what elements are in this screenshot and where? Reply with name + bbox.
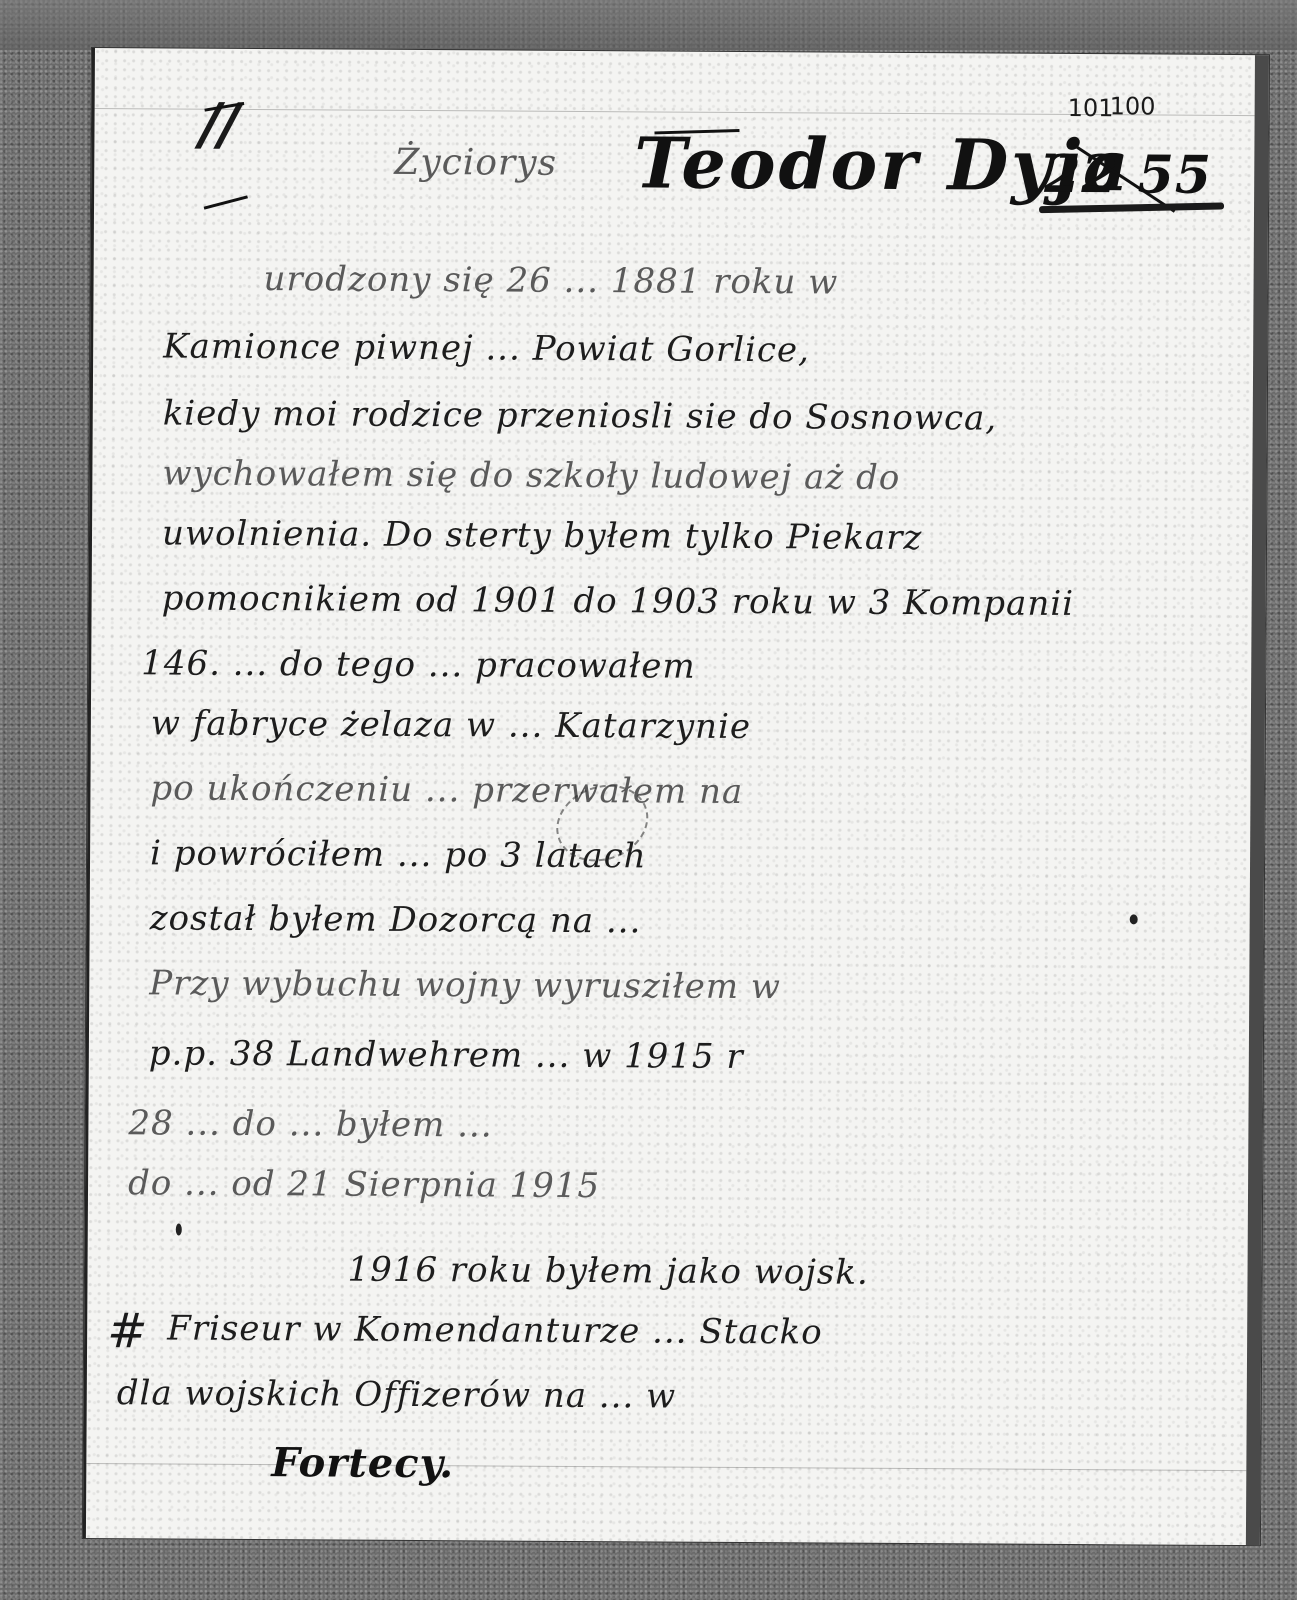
text-line-9: po ukończeniu ... przerwałem na — [150, 768, 743, 812]
text-line-4: wychowałem się do szkoły ludowej aż do — [162, 453, 900, 498]
text-line-6: pomocnikiem od 1901 do 1903 roku w 3 Kom… — [162, 578, 1075, 624]
text-line-15: do ... od 21 Sierpnia 1915 — [128, 1163, 600, 1206]
text-line-14: 28 ... do ... byłem ... — [128, 1103, 492, 1145]
text-line-1: urodzony się 26 ... 1881 roku w — [263, 259, 838, 303]
text-line-5: uwolnienia. Do sterty byłem tylko Piekar… — [162, 513, 923, 558]
margin-hash-mark: # — [107, 1303, 148, 1359]
text-line-8: w fabryce żelaza w ... Katarzynie — [151, 703, 751, 747]
folio-number-1: 101 — [1068, 94, 1114, 122]
ink-dot — [1130, 914, 1138, 924]
corner-mark-underline — [204, 195, 248, 209]
text-line-19: Fortecy. — [271, 1439, 454, 1487]
text-line-13: p.p. 38 Landwehrem ... w 1915 r — [149, 1033, 744, 1077]
text-line-11: został byłem Dozorcą na ... — [150, 898, 642, 941]
text-line-7: 146. ... do tego ... pracowałem — [141, 643, 696, 686]
header-prefix: Życiorys — [394, 142, 557, 184]
text-line-16: 1916 roku byłem jako wojsk. — [347, 1250, 868, 1293]
text-line-12: Przy wybuchu wojny wyrusziłem w — [149, 963, 781, 1007]
document-page: II Życiorys Teodor Dyja 22 55 101 100 ur… — [83, 48, 1269, 1545]
scan-background-top — [0, 0, 1297, 50]
old-number: 22 55 — [1044, 144, 1212, 206]
ink-dot — [176, 1224, 182, 1236]
text-line-17: Friseur w Komendanturze ... Stacko — [167, 1308, 823, 1352]
text-line-18: dla wojskich Offizerów na ... w — [117, 1373, 677, 1416]
ruled-line — [86, 1463, 1246, 1471]
folio-number-2: 100 — [1110, 92, 1156, 120]
text-line-2: Kamionce piwnej ... Powiat Gorlice, — [163, 326, 810, 370]
text-line-3: kiedy moi rodzice przeniosli sie do Sosn… — [163, 393, 998, 438]
